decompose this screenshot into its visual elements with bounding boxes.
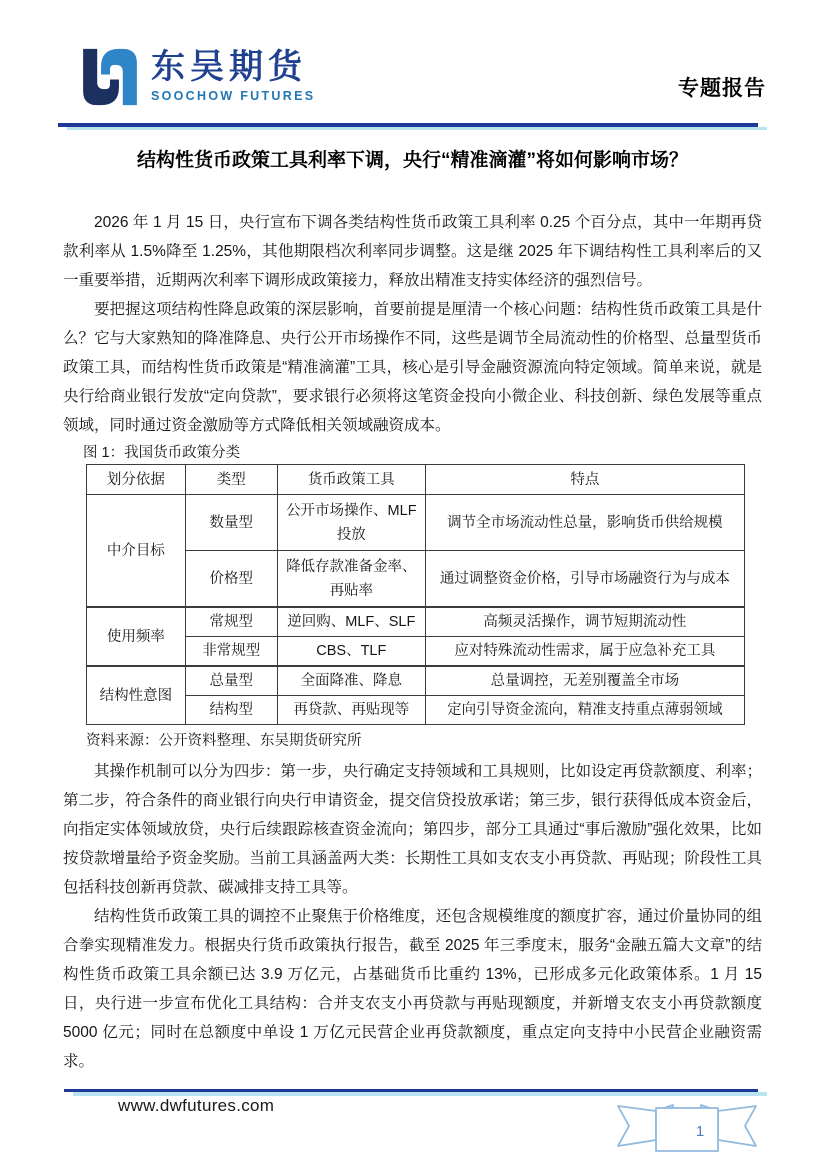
feature-cell: 通过调整资金价格，引导市场融资行为与成本 — [425, 551, 744, 608]
paragraph-3: 其操作机制可以分为四步：第一步，央行确定支持领域和工具规则，比如设定再贷款额度、… — [63, 757, 762, 902]
tools-cell: 降低存款准备金率、再贴率 — [277, 551, 425, 608]
feature-cell: 高频灵活操作，调节短期流动性 — [425, 607, 744, 637]
header-divider — [58, 123, 758, 130]
group-cell: 结构性意图 — [87, 666, 186, 725]
type-cell: 数量型 — [185, 495, 277, 551]
logo-name-english: SOOCHOW FUTURES — [151, 89, 315, 103]
feature-cell: 应对特殊流动性需求，属于应急补充工具 — [425, 637, 744, 667]
footer-divider — [64, 1089, 758, 1096]
logo-name-chinese: 东吴期货 — [151, 48, 315, 86]
report-header: 东吴期货 SOOCHOW FUTURES 专题报告 — [78, 46, 766, 108]
company-website-link[interactable]: www.dwfutures.com — [118, 1096, 274, 1116]
logo-text: 东吴期货 SOOCHOW FUTURES — [151, 46, 315, 103]
tools-cell: 公开市场操作、MLF 投放 — [277, 495, 425, 551]
column-header: 类型 — [185, 465, 277, 495]
soochow-logo-icon — [78, 46, 142, 108]
type-cell: 结构型 — [185, 696, 277, 725]
type-cell: 价格型 — [185, 551, 277, 608]
type-cell: 总量型 — [185, 666, 277, 696]
report-type-label: 专题报告 — [678, 72, 766, 108]
tools-cell: 全面降准、降息 — [277, 666, 425, 696]
feature-cell: 总量调控，无差别覆盖全市场 — [425, 666, 744, 696]
tools-cell: 再贷款、再贴现等 — [277, 696, 425, 725]
company-logo: 东吴期货 SOOCHOW FUTURES — [78, 46, 315, 108]
header-divider-light-line — [67, 127, 767, 130]
paragraph-2: 要把握这项结构性降息政策的深层影响，首要前提是厘清一个核心问题：结构性货币政策工… — [63, 295, 762, 440]
table-row: 使用频率 常规型 逆回购、MLF、SLF 高频灵活操作，调节短期流动性 — [87, 607, 745, 637]
figure-caption: 图 1：我国货币政策分类 — [83, 442, 762, 464]
group-cell: 使用频率 — [87, 607, 186, 666]
page-number: 1 — [696, 1123, 704, 1140]
figure-source: 资料来源：公开资料整理、东吴期货研究所 — [86, 730, 762, 752]
table-row: 非常规型 CBS、TLF 应对特殊流动性需求，属于应急补充工具 — [87, 637, 745, 667]
column-header: 货币政策工具 — [277, 465, 425, 495]
paragraph-1: 2026 年 1 月 15 日，央行宣布下调各类结构性货币政策工具利率 0.25… — [63, 208, 762, 295]
paragraph-4: 结构性货币政策工具的调控不止聚焦于价格维度，还包含规模维度的额度扩容，通过价量协… — [63, 902, 762, 1076]
tools-cell: 逆回购、MLF、SLF — [277, 607, 425, 637]
table-row: 价格型 降低存款准备金率、再贴率 通过调整资金价格，引导市场融资行为与成本 — [87, 551, 745, 608]
table-header-row: 划分依据 类型 货币政策工具 特点 — [87, 465, 745, 495]
table-row: 中介目标 数量型 公开市场操作、MLF 投放 调节全市场流动性总量，影响货币供给… — [87, 495, 745, 551]
policy-classification-table: 划分依据 类型 货币政策工具 特点 中介目标 数量型 公开市场操作、MLF 投放… — [86, 464, 745, 725]
report-body: 结构性货币政策工具利率下调，央行“精准滴灌”将如何影响市场？ 2026 年 1 … — [63, 148, 762, 1076]
type-cell: 常规型 — [185, 607, 277, 637]
page-number-ribbon-icon: 1 — [616, 1097, 758, 1155]
column-header: 划分依据 — [87, 465, 186, 495]
table-row: 结构性意图 总量型 全面降准、降息 总量调控，无差别覆盖全市场 — [87, 666, 745, 696]
group-cell: 中介目标 — [87, 495, 186, 608]
feature-cell: 定向引导资金流向，精准支持重点薄弱领域 — [425, 696, 744, 725]
type-cell: 非常规型 — [185, 637, 277, 667]
tools-cell: CBS、TLF — [277, 637, 425, 667]
page-title: 结构性货币政策工具利率下调，央行“精准滴灌”将如何影响市场？ — [63, 148, 762, 174]
column-header: 特点 — [425, 465, 744, 495]
table-row: 结构型 再贷款、再贴现等 定向引导资金流向，精准支持重点薄弱领域 — [87, 696, 745, 725]
feature-cell: 调节全市场流动性总量，影响货币供给规模 — [425, 495, 744, 551]
